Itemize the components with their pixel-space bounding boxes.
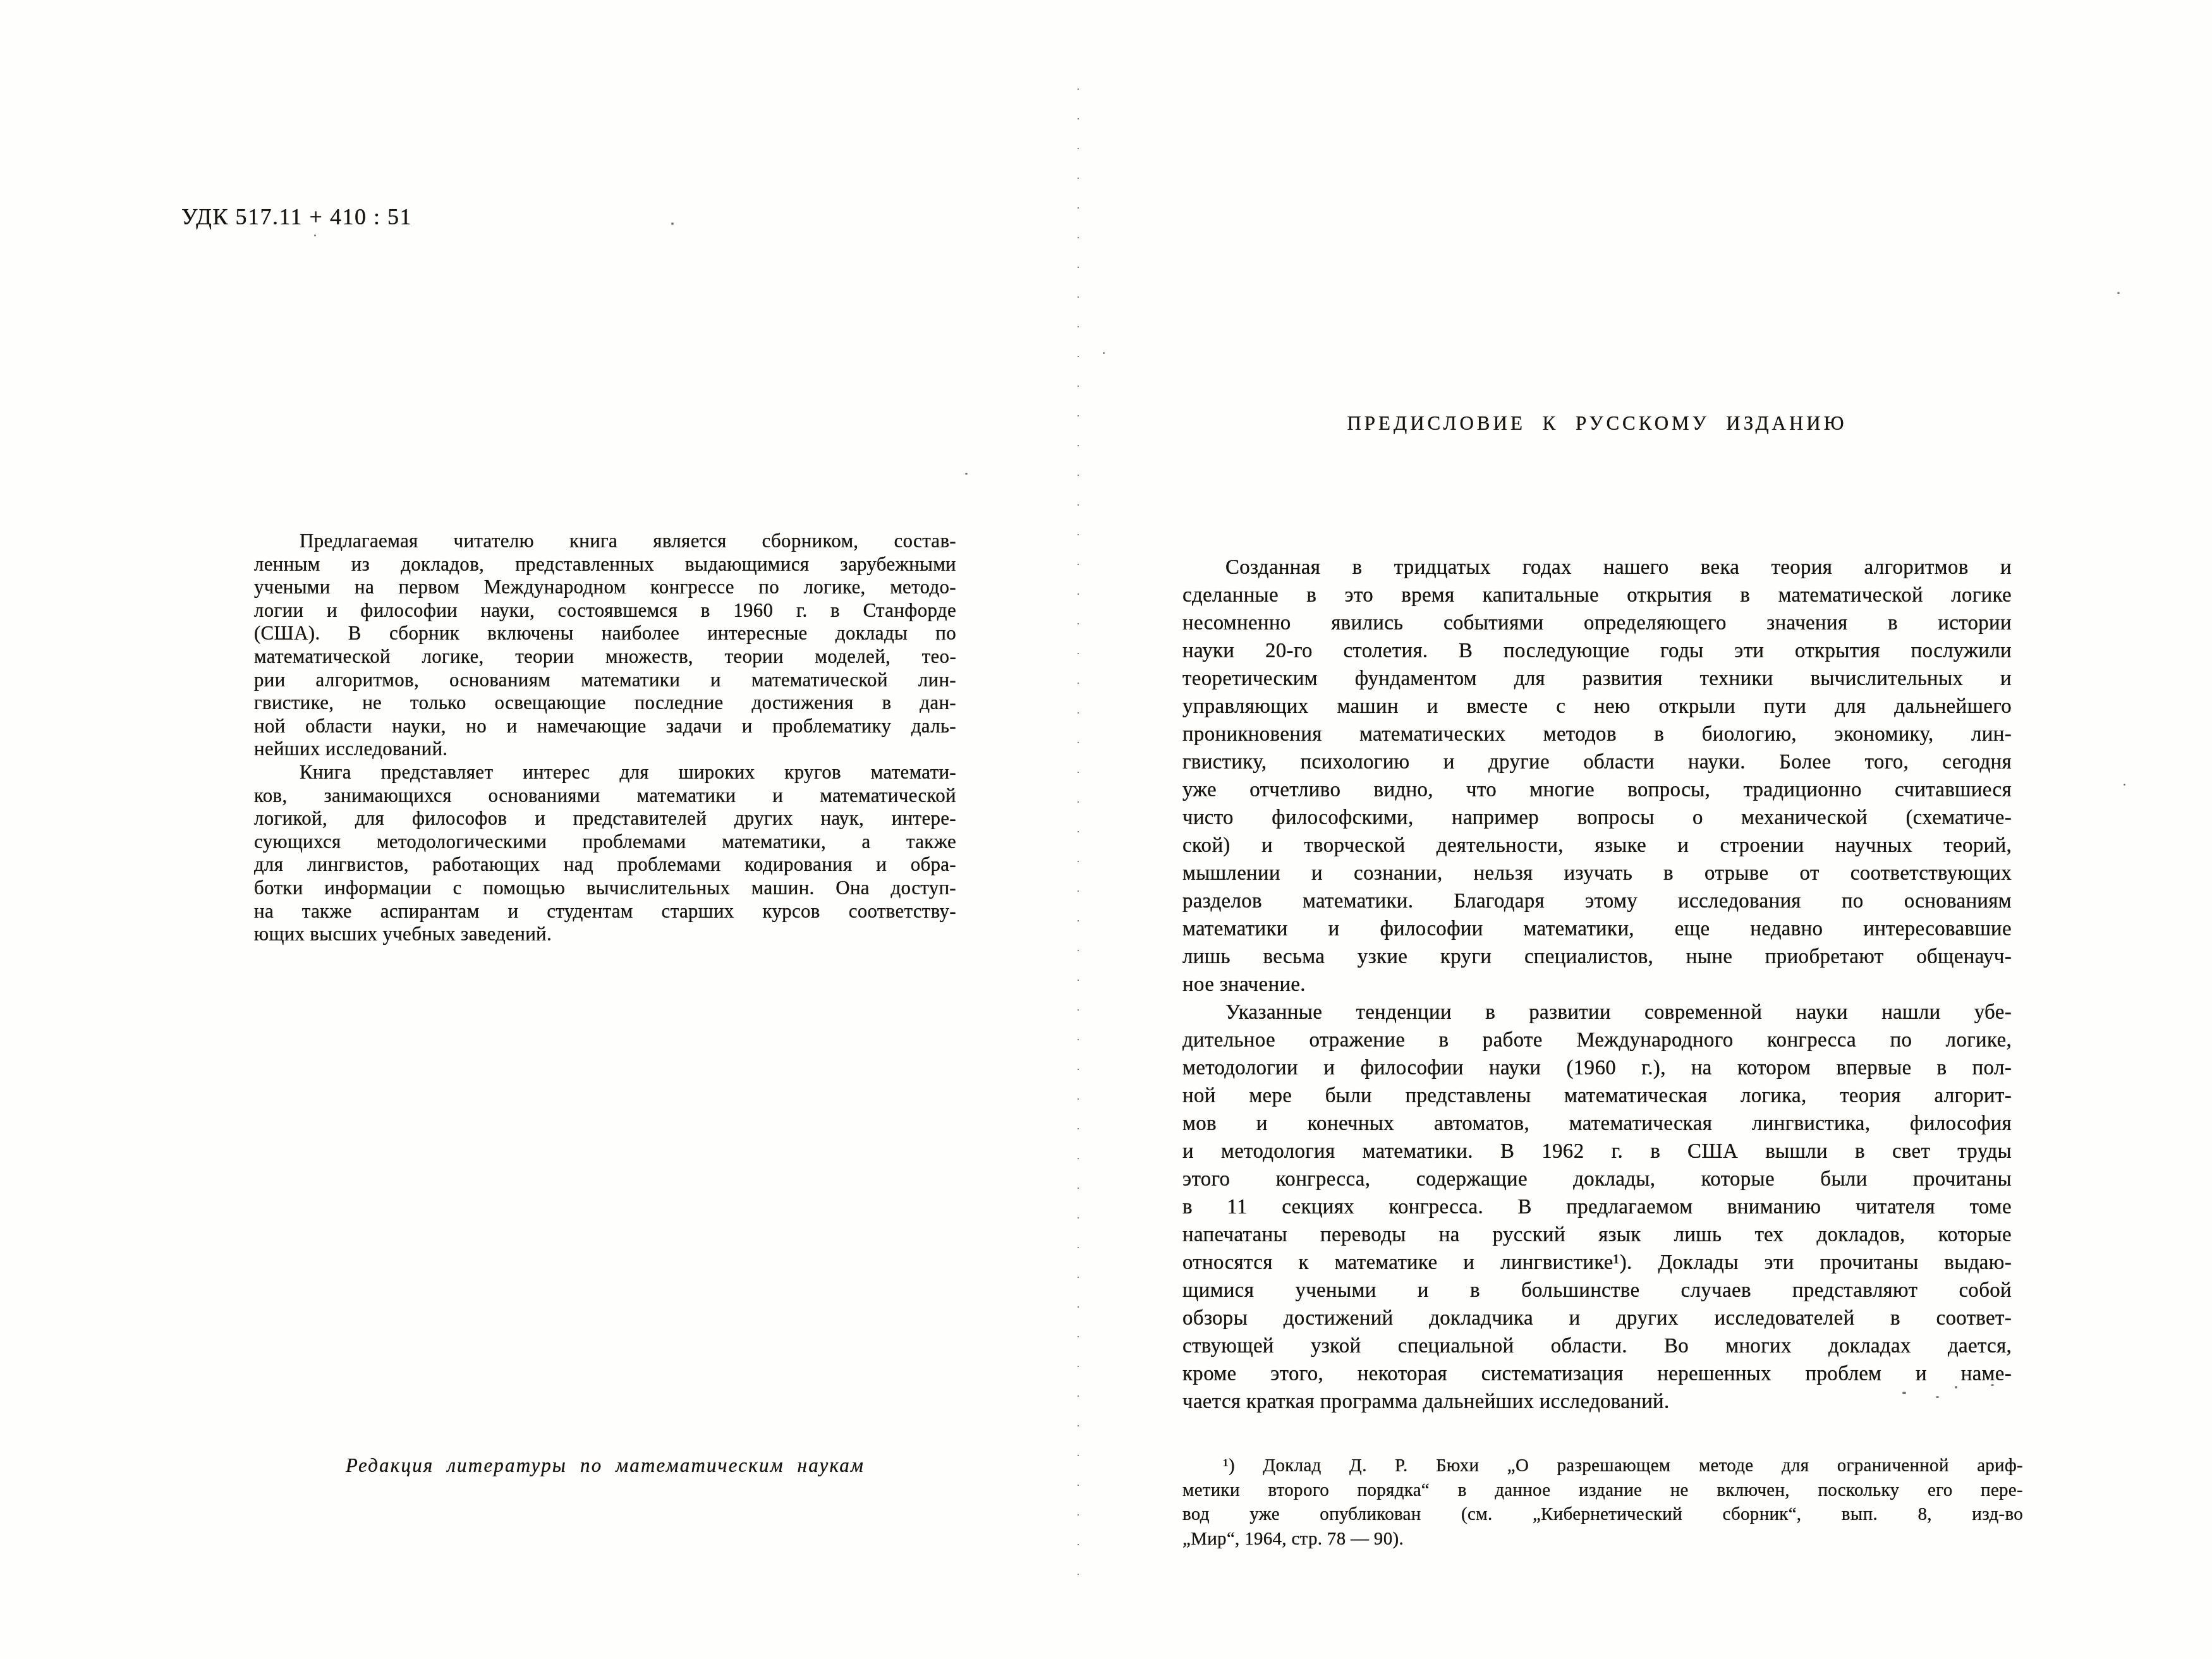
annotation-text-block: Предлагаемая читателю книга является сбо…: [254, 530, 956, 946]
text-line: Созданная в тридцатых годах нашего века …: [1182, 554, 2012, 581]
text-line: гвистике, не только освещающие последние…: [254, 691, 956, 715]
text-line: дительное отражение в работе Международн…: [1182, 1026, 2012, 1054]
text-line: методологии и философии науки (1960 г.),…: [1182, 1054, 2012, 1082]
scan-speck: [1955, 1386, 1957, 1389]
text-line: вод уже опубликован (см. „Кибернетически…: [1182, 1502, 2023, 1527]
text-line: мышлении и сознании, нельзя изучать в от…: [1182, 860, 2012, 887]
text-line: Книга представляет интерес для широких к…: [254, 761, 956, 784]
scan-speck: [2117, 292, 2120, 294]
annotation-paragraph-1: Предлагаемая читателю книга является сбо…: [254, 530, 956, 761]
preface-text-block: Созданная в тридцатых годах нашего века …: [1182, 554, 2012, 1416]
preface-title: ПРЕДИСЛОВИЕ К РУССКОМУ ИЗДАНИЮ: [1182, 412, 2012, 435]
udk-classification: УДК 517.11 + 410 : 51: [181, 204, 412, 230]
text-line: напечатаны переводы на русский язык лишь…: [1182, 1221, 2012, 1249]
preface-paragraph-2: Указанные тенденции в развитии современн…: [1182, 999, 2012, 1416]
text-line: относятся к математике и лингвистике¹). …: [1182, 1249, 2012, 1277]
text-line: лишь весьма узкие круги специалистов, ны…: [1182, 943, 2012, 971]
scan-speck: [2124, 784, 2125, 786]
text-line: чисто философскими, например вопросы о м…: [1182, 804, 2012, 832]
text-line: ¹) Доклад Д. Р. Бюхи „О разрешающем мето…: [1182, 1454, 2023, 1478]
text-line: (США). В сборник включены наиболее интер…: [254, 622, 956, 645]
page-gutter-line: [1078, 88, 1079, 1586]
text-line: ленным из докладов, представленных выдаю…: [254, 553, 956, 576]
text-line: „Мир“, 1964, стр. 78 — 90).: [1182, 1527, 2023, 1552]
scan-speck: [671, 222, 674, 225]
scan-speck: [1103, 352, 1105, 354]
text-line: чается краткая программа дальнейших иссл…: [1182, 1388, 2012, 1416]
footnote-paragraph: ¹) Доклад Д. Р. Бюхи „О разрешающем мето…: [1182, 1454, 2023, 1551]
text-line: на также аспирантам и студентам старших …: [254, 900, 956, 923]
text-line: нейших исследований.: [254, 738, 956, 761]
text-line: уже отчетливо видно, что многие вопросы,…: [1182, 776, 2012, 804]
text-line: разделов математики. Благодаря этому исс…: [1182, 887, 2012, 915]
text-line: этого конгресса, содержащие доклады, кот…: [1182, 1165, 2012, 1193]
text-line: в 11 секциях конгресса. В предлагаемом в…: [1182, 1193, 2012, 1221]
scan-speck: [965, 473, 968, 475]
scan-speck: [1902, 1392, 1906, 1394]
text-line: науки 20-го столетия. В последующие годы…: [1182, 637, 2012, 665]
text-line: ков, занимающихся основаниями математики…: [254, 784, 956, 808]
text-line: ной области науки, но и намечающие задач…: [254, 715, 956, 738]
text-line: ной мере были представлены математическа…: [1182, 1082, 2012, 1110]
scan-speck: [1936, 1396, 1939, 1398]
text-line: щимися учеными и в большинстве случаев п…: [1182, 1277, 2012, 1304]
text-line: математической логике, теории множеств, …: [254, 645, 956, 669]
text-line: ской) и творческой деятельности, языке и…: [1182, 832, 2012, 860]
text-line: ботки информации с помощью вычислительны…: [254, 877, 956, 900]
footnote-text: ¹) Доклад Д. Р. Бюхи „О разрешающем мето…: [1182, 1454, 2023, 1551]
text-line: сующихся методологическими проблемами ма…: [254, 830, 956, 854]
text-line: сделанные в это время капитальные открыт…: [1182, 581, 2012, 609]
text-line: несомненно явились событиями определяюще…: [1182, 609, 2012, 637]
text-line: ствующей узкой специальной области. Во м…: [1182, 1332, 2012, 1360]
editorial-imprint: Редакция литературы по математическим на…: [254, 1454, 956, 1477]
book-spread-scan: УДК 517.11 + 410 : 51 Предлагаемая читат…: [0, 0, 2212, 1659]
text-line: математики и философии математики, еще н…: [1182, 915, 2012, 943]
text-line: логии и философии науки, состоявшемся в …: [254, 599, 956, 623]
text-line: Предлагаемая читателю книга является сбо…: [254, 530, 956, 553]
text-line: логикой, для философов и представителей …: [254, 807, 956, 830]
text-line: и методология математики. В 1962 г. в СШ…: [1182, 1138, 2012, 1165]
text-line: теоретическим фундаментом для развития т…: [1182, 665, 2012, 693]
text-line: учеными на первом Международном конгресс…: [254, 576, 956, 599]
text-line: обзоры достижений докладчика и других ис…: [1182, 1304, 2012, 1332]
annotation-paragraph-2: Книга представляет интерес для широких к…: [254, 761, 956, 946]
text-line: Указанные тенденции в развитии современн…: [1182, 999, 2012, 1026]
text-line: мов и конечных автоматов, математическая…: [1182, 1110, 2012, 1138]
text-line: ющих высших учебных заведений.: [254, 923, 956, 946]
scan-speck: [1991, 1384, 1994, 1386]
text-line: для лингвистов, работающих над проблемам…: [254, 853, 956, 877]
preface-paragraph-1: Созданная в тридцатых годах нашего века …: [1182, 554, 2012, 999]
text-line: рии алгоритмов, основаниям математики и …: [254, 669, 956, 692]
text-line: ное значение.: [1182, 971, 2012, 999]
text-line: метики второго порядка“ в данное издание…: [1182, 1478, 2023, 1503]
text-line: управляющих машин и вместе с нею открыли…: [1182, 693, 2012, 720]
text-line: гвистику, психологию и другие области на…: [1182, 748, 2012, 776]
text-line: проникновения математических методов в б…: [1182, 720, 2012, 748]
text-line: кроме этого, некоторая систематизация не…: [1182, 1360, 2012, 1388]
scan-speck: [314, 234, 316, 236]
